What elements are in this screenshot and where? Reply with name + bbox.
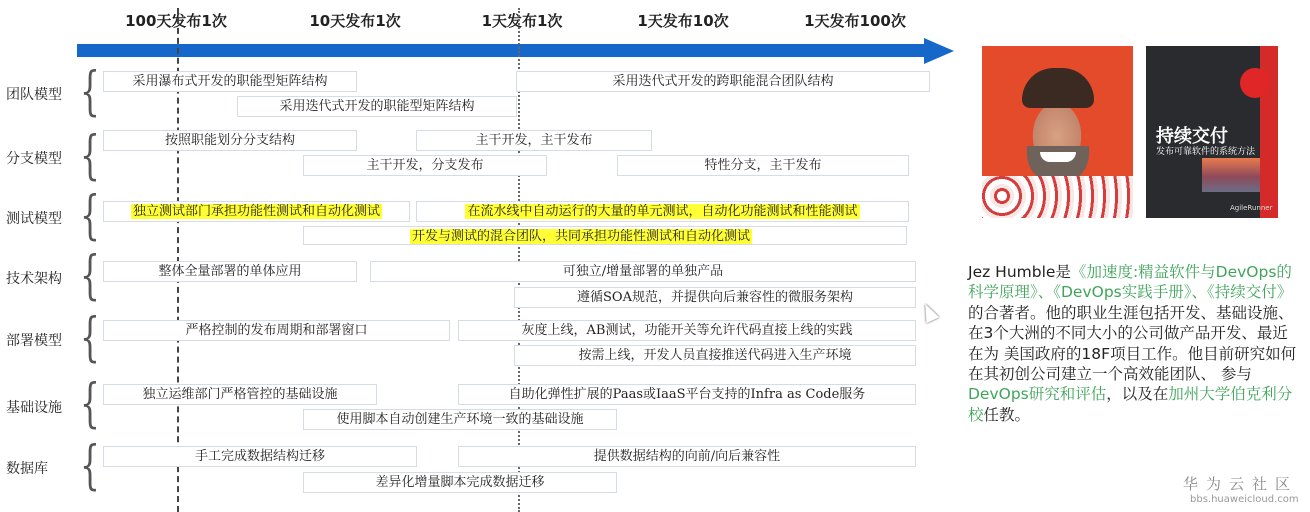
row-label-infra: 基础设施 [6, 397, 62, 417]
author-bio: Jez Humble是《加速度:精益软件与DevOps的科学原理》、《DevOp… [968, 262, 1298, 425]
practice-box: 遵循SOA规范，并提供向后兼容性的微服务架构 [514, 287, 916, 308]
book-cover: 持续交付 发布可靠软件的系统方法 AgileRunner [1146, 46, 1278, 218]
brace-icon: { [80, 130, 88, 182]
row-label-db: 数据库 [6, 458, 48, 478]
photo-hair [1022, 68, 1094, 108]
book-cover-image [1202, 158, 1260, 192]
axis-label-10d: 10天发布1次 [309, 10, 400, 31]
axis-label-100d: 100天发布1次 [125, 10, 227, 31]
highlight-text: 独立测试部门承担功能性测试和自动化测试 [131, 204, 382, 219]
practice-box-highlighted: 独立测试部门承担功能性测试和自动化测试 [103, 201, 410, 222]
row-label-test: 测试模型 [6, 208, 62, 228]
practice-box: 按需上线，开发人员直接推送代码进入生产环境 [514, 345, 916, 366]
practice-box: 主干开发，主干发布 [416, 130, 652, 151]
practice-box: 提供数据结构的向前/向后兼容性 [458, 446, 916, 467]
brace-icon: { [80, 440, 88, 492]
practice-box: 按照职能划分分支结构 [103, 130, 357, 151]
practice-box: 使用脚本自动创建生产环境一致的基础设施 [303, 409, 617, 430]
row-label-arch: 技术架构 [6, 268, 62, 288]
brace-icon: { [80, 378, 88, 430]
practice-box: 采用瀑布式开发的职能型矩阵结构 [103, 71, 357, 92]
row-label-deploy: 部署模型 [6, 330, 62, 350]
bio-segment: Jez Humble是 [968, 263, 1071, 281]
practice-box: 严格控制的发布周期和部署窗口 [103, 320, 450, 341]
mouse-cursor-icon [919, 301, 939, 323]
brace-icon: { [80, 190, 88, 242]
practice-box: 独立运维部门严格管控的基础设施 [103, 384, 377, 405]
brace-icon: { [80, 66, 88, 118]
book-brand: AgileRunner [1230, 204, 1272, 212]
practice-box: 采用迭代式开发的跨职能混合团队结构 [516, 71, 930, 92]
practice-box: 采用迭代式开发的职能型矩阵结构 [237, 96, 517, 117]
practice-box: 特性分支，主干发布 [617, 155, 909, 176]
practice-box: 主干开发，分支发布 [303, 155, 547, 176]
photo-shirt [982, 176, 1133, 218]
timeline-arrow-head [924, 38, 954, 64]
bio-segment: 任教。 [984, 406, 1031, 424]
brace-icon: { [80, 250, 88, 302]
watermark-url: bbs.huaweicloud.com [1190, 494, 1299, 505]
axis-label-1d: 1天发布1次 [482, 10, 563, 31]
row-label-team: 团队模型 [6, 84, 62, 104]
practice-box: 可独立/增量部署的单独产品 [370, 261, 916, 282]
practice-box: 整体全量部署的单体应用 [103, 261, 357, 282]
highlight-text: 在流水线中自动运行的大量的单元测试，自动化功能测试和性能测试 [465, 204, 859, 219]
brace-icon: { [80, 312, 88, 364]
practice-box: 灰度上线，AB测试，功能开关等允许代码直接上线的实践 [458, 320, 916, 341]
bio-segment: ，以及在 [1106, 385, 1168, 403]
watermark-name: 华为云社区 [1183, 473, 1298, 494]
axis-label-1d100: 1天发布100次 [804, 10, 906, 31]
bio-research-link: DevOps研究和评估 [968, 385, 1106, 403]
author-photo [982, 46, 1133, 218]
book-badge-icon [1240, 68, 1270, 98]
practice-box: 手工完成数据结构迁移 [103, 446, 417, 467]
timeline-arrow-shaft [77, 44, 927, 57]
bio-segment: 的合著者。他的职业生涯包括开发、基础设施、在3个大洲的不同大小的公司做产品开发、… [968, 304, 1296, 383]
practice-box-highlighted: 开发与测试的混合团队，共同承担功能性测试和自动化测试 [303, 226, 907, 245]
row-label-branch: 分支模型 [6, 148, 62, 168]
practice-box: 自助化弹性扩展的Paas或IaaS平台支持的Infra as Code服务 [458, 384, 916, 405]
practice-box: 差异化增量脚本完成数据迁移 [303, 472, 617, 493]
highlight-text: 开发与测试的混合团队，共同承担功能性测试和自动化测试 [410, 229, 752, 244]
practice-box-highlighted: 在流水线中自动运行的大量的单元测试，自动化功能测试和性能测试 [416, 201, 909, 222]
axis-label-1d10: 1天发布10次 [637, 10, 728, 31]
photo-smile [1040, 152, 1076, 162]
book-subtitle: 发布可靠软件的系统方法 [1156, 144, 1255, 157]
